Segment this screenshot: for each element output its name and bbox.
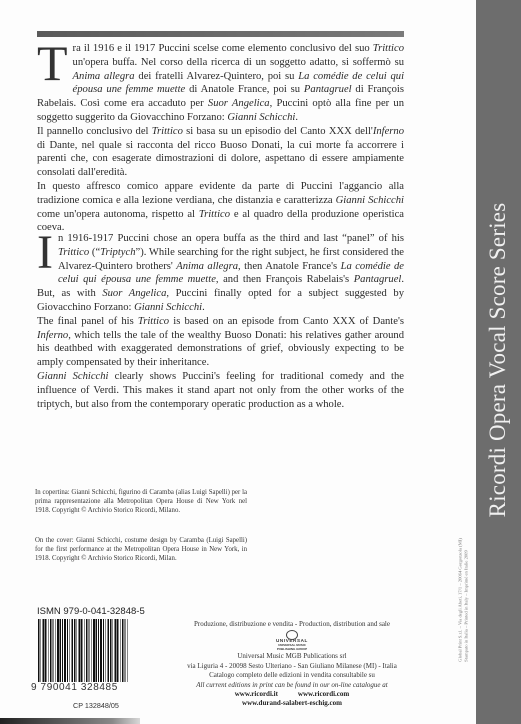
text: di Dante, nel quale si racconta del ricc… [37, 140, 404, 179]
title-italic: Gianni Schicchi [134, 302, 202, 313]
text: n 1916-1917 Puccini chose an opera buffa… [58, 233, 404, 244]
title-italic: Gianni Schicchi [227, 112, 295, 123]
logo-sub-2: PUBLISHING GROUP [277, 647, 307, 651]
printer-line-2: Stampato in Italia – Printed in Italy – … [463, 550, 468, 662]
cover-caption-english: On the cover: Gianni Schicchi, costume d… [35, 536, 247, 563]
text: , then Anatole France's [238, 261, 341, 272]
title-italic: Gianni Schicchi [37, 371, 108, 382]
title-italic: Inferno [373, 126, 404, 137]
title-italic: Pantagruel [354, 274, 402, 285]
barcode [38, 619, 128, 682]
italian-paragraph-1: Tra il 1916 e il 1917 Puccini scelse com… [37, 42, 404, 125]
drop-cap: T [37, 44, 68, 84]
title-italic: Gianni Schicchi [336, 195, 404, 206]
bottom-rule [0, 718, 140, 724]
series-title: Ricordi Opera Vocal Score Series [485, 203, 511, 518]
text: ra il 1916 e il 1917 Puccini scelse come… [73, 43, 373, 54]
title-italic: Trittico [138, 316, 169, 327]
title-italic: Anima allegra [176, 261, 238, 272]
title-italic: Triptych [100, 247, 135, 258]
title-italic: Inferno [37, 330, 68, 341]
catalog-number: CP 132848/05 [73, 701, 119, 710]
english-paragraph-3: Gianni Schicchi clearly shows Puccini's … [37, 370, 404, 411]
text: , which tells the tale of the wealthy Bu… [37, 330, 404, 369]
text: dei fratelli Alvarez-Quintero, poi su [135, 71, 299, 82]
title-italic: Suor Angelica [102, 288, 166, 299]
logo-subtitle: UNIVERSAL MUSICPUBLISHING GROUP [262, 644, 322, 651]
italian-paragraph-2: Il pannello conclusivo del Trittico si b… [37, 125, 404, 180]
title-italic: Trittico [152, 126, 183, 137]
printer-line-1: Global Print S.r.l. – Via degli Abeti, 1… [458, 538, 463, 662]
text: Il pannello conclusivo del [37, 126, 152, 137]
text: . [295, 112, 298, 123]
text: (“ [89, 247, 100, 258]
link-ricordi-it[interactable]: www.ricordi.it [235, 690, 278, 698]
link-ricordi-com[interactable]: www.ricordi.com [298, 690, 349, 698]
drop-cap: I [37, 234, 53, 274]
text: di Anatole France, poi su [185, 84, 304, 95]
url-row-2: www.durand-salabert-eschig.com [142, 699, 442, 708]
cover-caption-italian: In copertina: Gianni Schicchi, figurino … [35, 488, 247, 515]
universal-logo: UNIVERSAL UNIVERSAL MUSICPUBLISHING GROU… [262, 630, 322, 652]
english-text-block: In 1916-1917 Puccini chose an opera buff… [37, 232, 404, 411]
barcode-digits: 9 790041 328485 [31, 682, 131, 693]
text: , and then François Rabelais's [216, 274, 354, 285]
printer-note: Global Print S.r.l. – Via degli Abeti, 1… [458, 538, 469, 662]
link-durand-salabert-eschig[interactable]: www.durand-salabert-eschig.com [242, 699, 342, 707]
title-italic: Trittico [199, 209, 230, 220]
text: The final panel of his [37, 316, 138, 327]
publisher-address: via Liguria 4 - 20098 Sesto Ulteriano - … [142, 662, 442, 671]
title-italic: Suor Angelica [208, 98, 270, 109]
text: un'opera buffa. Nel corso della ricerca … [73, 57, 404, 68]
catalog-english-text: All current editions in print can be fou… [196, 681, 387, 689]
italian-text-block: Tra il 1916 e il 1917 Puccini scelse com… [37, 42, 404, 235]
italian-paragraph-3: In questo affresco comico appare evident… [37, 180, 404, 235]
text: si basa su un episodio del Canto XXX del… [183, 126, 373, 137]
catalog-line-english: All current editions in print can be fou… [142, 681, 442, 690]
ismn-number: ISMN 979-0-041-32848-5 [37, 606, 145, 617]
publisher-name: Universal Music MGB Publications srl [142, 652, 442, 661]
text: is based on an episode from Canto XXX of… [169, 316, 404, 327]
text: . [202, 302, 205, 313]
title-italic: Trittico [373, 43, 404, 54]
title-italic: Trittico [58, 247, 89, 258]
english-paragraph-2: The final panel of his Trittico is based… [37, 315, 404, 370]
publisher-block: Produzione, distribuzione e vendita - Pr… [142, 620, 442, 709]
catalog-line-italian: Catalogo completo delle edizioni in vend… [142, 671, 442, 680]
top-rule [37, 31, 404, 37]
production-line: Produzione, distribuzione e vendita - Pr… [142, 620, 442, 629]
url-row: www.ricordi.itwww.ricordi.com [142, 690, 442, 699]
title-italic: Anima allegra [73, 71, 135, 82]
title-italic: Pantagruel [304, 84, 352, 95]
text: come un'opera autonoma, rispetto al [37, 209, 199, 220]
english-paragraph-1: In 1916-1917 Puccini chose an opera buff… [37, 232, 404, 315]
